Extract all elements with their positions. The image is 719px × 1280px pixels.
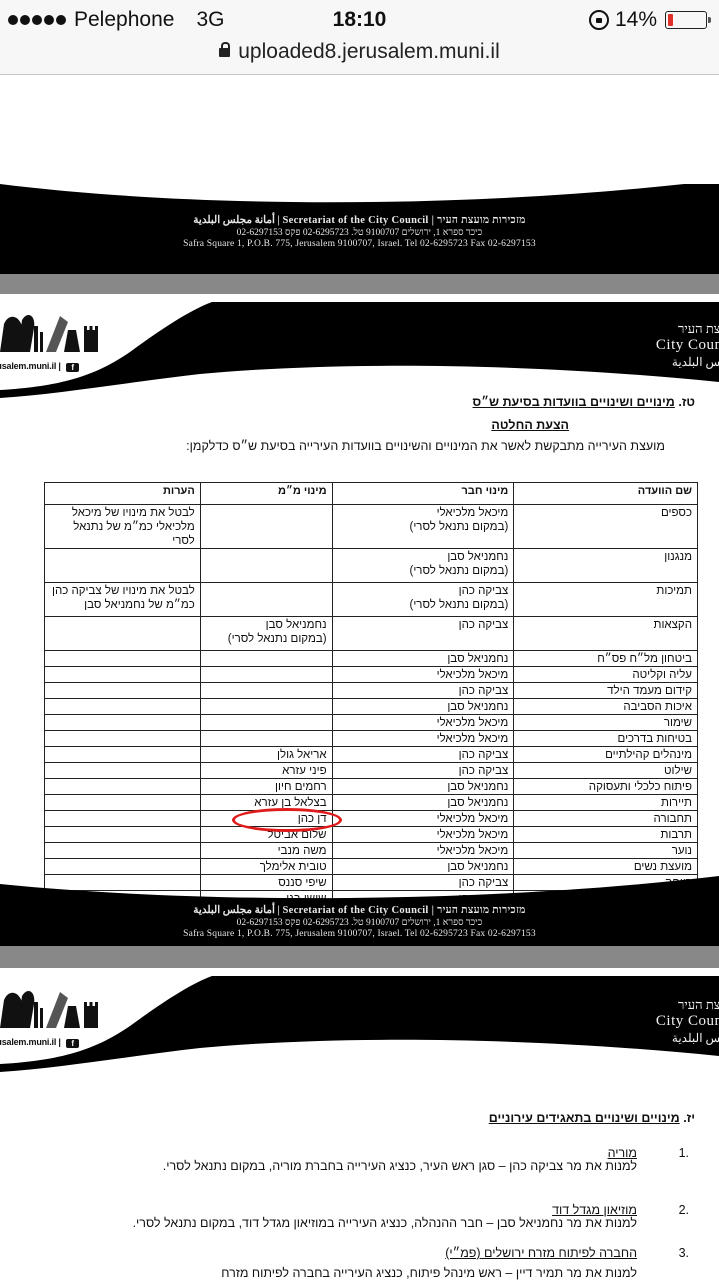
- list-item-number: 3.: [679, 1246, 689, 1260]
- list-item-heading: מוזיאון מגדל דוד: [552, 1203, 637, 1217]
- table-cell: נחמניאל סבן(במקום נתנאל לסרי): [332, 549, 514, 583]
- table-cell: מיכאל מלכיאלי: [332, 811, 514, 827]
- list-item-number: 1.: [679, 1146, 689, 1160]
- table-cell: [45, 747, 201, 763]
- council-title-ar: مجلس البلدية: [656, 354, 719, 371]
- table-cell: מועצת נשים: [514, 859, 698, 875]
- logo-url-text: jerusalem.muni.il: [0, 361, 56, 371]
- table-header-cell: הערות: [45, 483, 201, 505]
- table-cell: מיכאל מלכיאלי: [332, 731, 514, 747]
- table-cell: [45, 683, 201, 699]
- table-row: בטיחות בדרכיםמיכאל מלכיאלי: [45, 731, 698, 747]
- table-row: כספיםמיכאל מלכיאלי(במקום נתנאל לסרי)לבטל…: [45, 505, 698, 549]
- table-cell: [45, 549, 201, 583]
- resolution-paragraph: מועצת העירייה מתבקשת לאשר את המינויים וה…: [45, 438, 665, 454]
- table-cell: [200, 667, 332, 683]
- page-footer: أمانة مجلس البلدية | Secretariat of the …: [0, 184, 719, 274]
- table-cell: מיכאל מלכיאלי(במקום נתנאל לסרי): [332, 505, 514, 549]
- section-16-heading: מינויים ושינויים בוועדות בסיעת ש״ס: [473, 395, 675, 409]
- list-item-body: למנות את מר תמיר דיין – ראש מינהל פיתוח,…: [42, 1266, 637, 1280]
- table-cell: שימור: [514, 715, 698, 731]
- table-cell: [200, 731, 332, 747]
- table-cell: מיכאל מלכיאלי: [332, 843, 514, 859]
- table-cell: תחבורה: [514, 811, 698, 827]
- page-footer: أمانة مجلس البلدية | Secretariat of the …: [0, 876, 719, 946]
- table-cell: נחמניאל סבן: [332, 779, 514, 795]
- table-cell: צביקה כהן(במקום נתנאל לסרי): [332, 583, 514, 617]
- council-title-he: מועצת העיר: [656, 996, 719, 1013]
- city-logo: jerusalem.muni.il | f: [0, 312, 120, 382]
- council-title-ar: مجلس البلدية: [656, 1030, 719, 1047]
- jerusalem-skyline-logo-icon: [0, 312, 110, 356]
- list-item: 3. החברה לפיתוח מזרח ירושלים (פמ״י) למנו…: [0, 1246, 719, 1280]
- status-bar: Pelephone 3G 18:10 14%: [0, 6, 719, 36]
- logo-url-text: jerusalem.muni.il: [0, 1037, 56, 1047]
- lock-icon: [219, 48, 230, 57]
- table-cell: רחמים חיון: [200, 779, 332, 795]
- council-title-en: City Council: [656, 1013, 719, 1030]
- table-cell: לבטל את מינויו של צביקה כהן כמ״מ של נחמנ…: [45, 583, 201, 617]
- table-cell: נחמניאל סבן: [332, 795, 514, 811]
- council-title-he: מועצת העיר: [656, 320, 719, 337]
- table-cell: נחמניאל סבן(במקום נתנאל לסרי): [200, 617, 332, 651]
- table-cell: נוער: [514, 843, 698, 859]
- city-logo: jerusalem.muni.il | f: [0, 988, 120, 1058]
- table-cell: נחמניאל סבן: [332, 859, 514, 875]
- council-title: מועצת העיר City Council مجلس البلدية: [656, 320, 719, 371]
- table-cell: [200, 583, 332, 617]
- council-title: מועצת העיר City Council مجلس البلدية: [656, 996, 719, 1047]
- table-cell: שלום אביטל: [200, 827, 332, 843]
- table-cell: טובית אלימלך: [200, 859, 332, 875]
- table-cell: [200, 505, 332, 549]
- table-row: תחבורהמיכאל מלכיאלידן כהן: [45, 811, 698, 827]
- table-cell: אריאל גולן: [200, 747, 332, 763]
- table-row: מינהלים קהילתייםצביקה כהןאריאל גולן: [45, 747, 698, 763]
- table-cell: תמיכות: [514, 583, 698, 617]
- table-cell: [45, 779, 201, 795]
- table-cell: דן כהן: [200, 811, 332, 827]
- table-cell: פיתוח כלכלי ותעסוקה: [514, 779, 698, 795]
- table-header-cell: מינוי חבר: [332, 483, 514, 505]
- list-item-body: למנות את מר נחמניאל סבן – חבר ההנהלה, כנ…: [42, 1216, 637, 1231]
- facebook-icon[interactable]: f: [66, 363, 79, 372]
- table-row: פיתוח כלכלי ותעסוקהנחמניאל סבןרחמים חיון: [45, 779, 698, 795]
- section-17-heading: מינויים ושינויים בתאגידים עירוניים: [489, 1111, 680, 1125]
- table-cell: כספים: [514, 505, 698, 549]
- battery-percent: 14%: [615, 8, 657, 32]
- table-cell: [200, 651, 332, 667]
- document-page-2: jerusalem.muni.il | f מועצת העיר City Co…: [0, 294, 719, 946]
- document-page-1: أمانة مجلس البلدية | Secretariat of the …: [0, 76, 719, 274]
- address-bar[interactable]: uploaded8.jerusalem.muni.il: [0, 40, 719, 64]
- facebook-icon[interactable]: f: [66, 1039, 79, 1048]
- table-cell: מיכאל מלכיאלי: [332, 715, 514, 731]
- table-cell: שילוט: [514, 763, 698, 779]
- page-header: jerusalem.muni.il | f מועצת העיר City Co…: [0, 976, 719, 1076]
- table-cell: [45, 843, 201, 859]
- table-cell: [45, 795, 201, 811]
- table-header-cell: מינוי מ״מ: [200, 483, 332, 505]
- list-item: 1. מוריה למנות את מר צביקה כהן – סגן ראש…: [0, 1146, 719, 1186]
- table-cell: הקצאות: [514, 617, 698, 651]
- footer-secretariat: أمانة مجلس البلدية | Secretariat of the …: [0, 904, 719, 916]
- table-cell: [45, 617, 201, 651]
- table-row: שימורמיכאל מלכיאלי: [45, 715, 698, 731]
- table-row: שילוטצביקה כהןפיני עזרא: [45, 763, 698, 779]
- table-row: עליה וקליטהמיכאל מלכיאלי: [45, 667, 698, 683]
- table-cell: [45, 827, 201, 843]
- list-item-body: למנות את מר צביקה כהן – סגן ראש העיר, כנ…: [42, 1159, 637, 1174]
- table-cell: בצלאל בן עזרא: [200, 795, 332, 811]
- table-cell: צביקה כהן: [332, 747, 514, 763]
- list-item-number: 2.: [679, 1203, 689, 1217]
- table-row: תמיכותצביקה כהן(במקום נתנאל לסרי)לבטל את…: [45, 583, 698, 617]
- table-header-cell: שם הוועדה: [514, 483, 698, 505]
- table-cell: צביקה כהן: [332, 617, 514, 651]
- council-title-en: City Council: [656, 337, 719, 354]
- page-separator: [0, 274, 719, 294]
- list-item: 2. מוזיאון מגדל דוד למנות את מר נחמניאל …: [0, 1203, 719, 1243]
- table-cell: מנגנון: [514, 549, 698, 583]
- table-cell: [45, 763, 201, 779]
- table-cell: [45, 715, 201, 731]
- table-cell: ביטחון מל״ח פס״ח: [514, 651, 698, 667]
- section-17-number: יז.: [683, 1111, 695, 1125]
- section-17-title: יז. מינויים ושינויים בתאגידים עירוניים: [489, 1111, 695, 1125]
- table-cell: פיני עזרא: [200, 763, 332, 779]
- url-text: uploaded8.jerusalem.muni.il: [238, 40, 500, 63]
- table-row: נוערמיכאל מלכיאלימשה מנבי: [45, 843, 698, 859]
- table-cell: [200, 683, 332, 699]
- table-cell: [45, 699, 201, 715]
- table-row: תרבותמיכאל מלכיאלישלום אביטל: [45, 827, 698, 843]
- table-row: מנגנוןנחמניאל סבן(במקום נתנאל לסרי): [45, 549, 698, 583]
- section-16-title: טז. מינויים ושינויים בוועדות בסיעת ש״ס: [473, 395, 695, 409]
- table-cell: בטיחות בדרכים: [514, 731, 698, 747]
- footer-address-en: Safra Square 1, P.O.B. 775, Jerusalem 91…: [0, 239, 719, 249]
- table-row: ביטחון מל״ח פס״חנחמניאל סבן: [45, 651, 698, 667]
- page-separator: [0, 946, 719, 968]
- list-item-heading: מוריה: [608, 1146, 637, 1160]
- footer-address-he: כיכר ספרא 1, ירושלים 9100707 טל. 02-6295…: [0, 918, 719, 928]
- committee-appointments-table: שם הוועדהמינוי חברמינוי מ״מהערות כספיםמי…: [44, 482, 698, 907]
- table-row: קידום מעמד הילדצביקה כהן: [45, 683, 698, 699]
- table-row: הקצאותצביקה כהןנחמניאל סבן(במקום נתנאל ל…: [45, 617, 698, 651]
- table-cell: [200, 715, 332, 731]
- table-cell: איכות הסביבה: [514, 699, 698, 715]
- table-cell: [45, 859, 201, 875]
- table-row: מועצת נשיםנחמניאל סבןטובית אלימלך: [45, 859, 698, 875]
- table-cell: לבטל את מינויו של מיכאל מלכיאלי כמ״מ של …: [45, 505, 201, 549]
- table-cell: תרבות: [514, 827, 698, 843]
- browser-chrome: Pelephone 3G 18:10 14% uploaded8.jerusal…: [0, 0, 719, 75]
- battery-fill: [668, 14, 673, 26]
- footer-address-en: Safra Square 1, P.O.B. 775, Jerusalem 91…: [0, 929, 719, 939]
- table-header-row: שם הוועדהמינוי חברמינוי מ״מהערות: [45, 483, 698, 505]
- table-cell: משה מנבי: [200, 843, 332, 859]
- page-header: jerusalem.muni.il | f מועצת העיר City Co…: [0, 302, 719, 402]
- list-item-heading: החברה לפיתוח מזרח ירושלים (פמ״י): [445, 1246, 637, 1260]
- jerusalem-skyline-logo-icon: [0, 988, 110, 1032]
- footer-address-he: כיכר ספרא 1, ירושלים 9100707 טל. 02-6295…: [0, 228, 719, 238]
- table-cell: תיירות: [514, 795, 698, 811]
- table-cell: [45, 811, 201, 827]
- resolution-proposal-heading: הצעת החלטה: [491, 418, 569, 432]
- table-cell: צביקה כהן: [332, 683, 514, 699]
- table-cell: [200, 699, 332, 715]
- table-row: איכות הסביבהנחמניאל סבן: [45, 699, 698, 715]
- table-cell: נחמניאל סבן: [332, 651, 514, 667]
- table-cell: [45, 731, 201, 747]
- table-cell: צביקה כהן: [332, 763, 514, 779]
- document-page-3: jerusalem.muni.il | f מועצת העיר City Co…: [0, 968, 719, 1280]
- table-cell: [45, 667, 201, 683]
- table-cell: מיכאל מלכיאלי: [332, 827, 514, 843]
- table-cell: מיכאל מלכיאלי: [332, 667, 514, 683]
- table-cell: קידום מעמד הילד: [514, 683, 698, 699]
- table-cell: [200, 549, 332, 583]
- footer-secretariat: أمانة مجلس البلدية | Secretariat of the …: [0, 214, 719, 226]
- table-row: תיירותנחמניאל סבןבצלאל בן עזרא: [45, 795, 698, 811]
- battery-icon: [665, 11, 707, 29]
- section-16-number: טז.: [678, 395, 695, 409]
- table-cell: מינהלים קהילתיים: [514, 747, 698, 763]
- table-cell: עליה וקליטה: [514, 667, 698, 683]
- table-cell: נחמניאל סבן: [332, 699, 514, 715]
- table-cell: [45, 651, 201, 667]
- rotation-lock-icon: [589, 10, 609, 30]
